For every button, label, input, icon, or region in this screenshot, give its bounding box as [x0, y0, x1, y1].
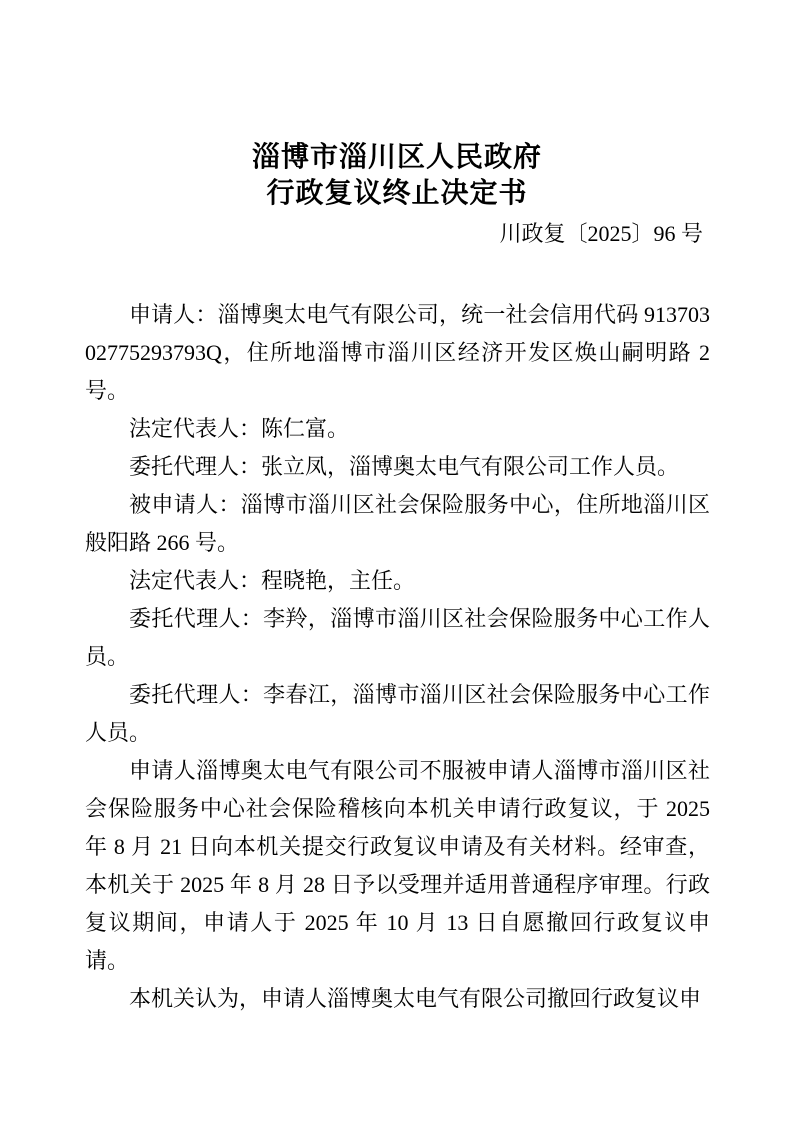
- body-paragraph: 委托代理人：李春江，淄博市淄川区社会保险服务中心工作人员。: [85, 676, 710, 752]
- body-paragraph: 被申请人：淄博市淄川区社会保险服务中心，住所地淄川区般阳路 266 号。: [85, 486, 710, 562]
- body-paragraph: 委托代理人：张立凤，淄博奥太电气有限公司工作人员。: [85, 448, 710, 486]
- body-paragraph: 本机关认为，申请人淄博奥太电气有限公司撤回行政复议申: [85, 980, 710, 1018]
- body-paragraph: 申请人淄博奥太电气有限公司不服被申请人淄博市淄川区社会保险服务中心社会保险稽核向…: [85, 752, 710, 980]
- document-header: 淄博市淄川区人民政府 行政复议终止决定书 川政复〔2025〕96 号: [0, 0, 794, 248]
- paragraph-list: 申请人：淄博奥太电气有限公司，统一社会信用代码 9137030277529379…: [85, 296, 710, 1018]
- body-paragraph: 委托代理人：李羚，淄博市淄川区社会保险服务中心工作人员。: [85, 600, 710, 676]
- body-paragraph: 法定代表人：陈仁富。: [85, 410, 710, 448]
- document-page: 淄博市淄川区人民政府 行政复议终止决定书 川政复〔2025〕96 号 申请人：淄…: [0, 0, 794, 1123]
- document-number: 川政复〔2025〕96 号: [0, 220, 794, 248]
- document-title-line1: 淄博市淄川区人民政府: [0, 140, 794, 176]
- body-paragraph: 法定代表人：程晓艳，主任。: [85, 562, 710, 600]
- document-title-line2: 行政复议终止决定书: [0, 176, 794, 212]
- body-paragraph: 申请人：淄博奥太电气有限公司，统一社会信用代码 9137030277529379…: [85, 296, 710, 410]
- document-body: 申请人：淄博奥太电气有限公司，统一社会信用代码 9137030277529379…: [85, 296, 710, 1018]
